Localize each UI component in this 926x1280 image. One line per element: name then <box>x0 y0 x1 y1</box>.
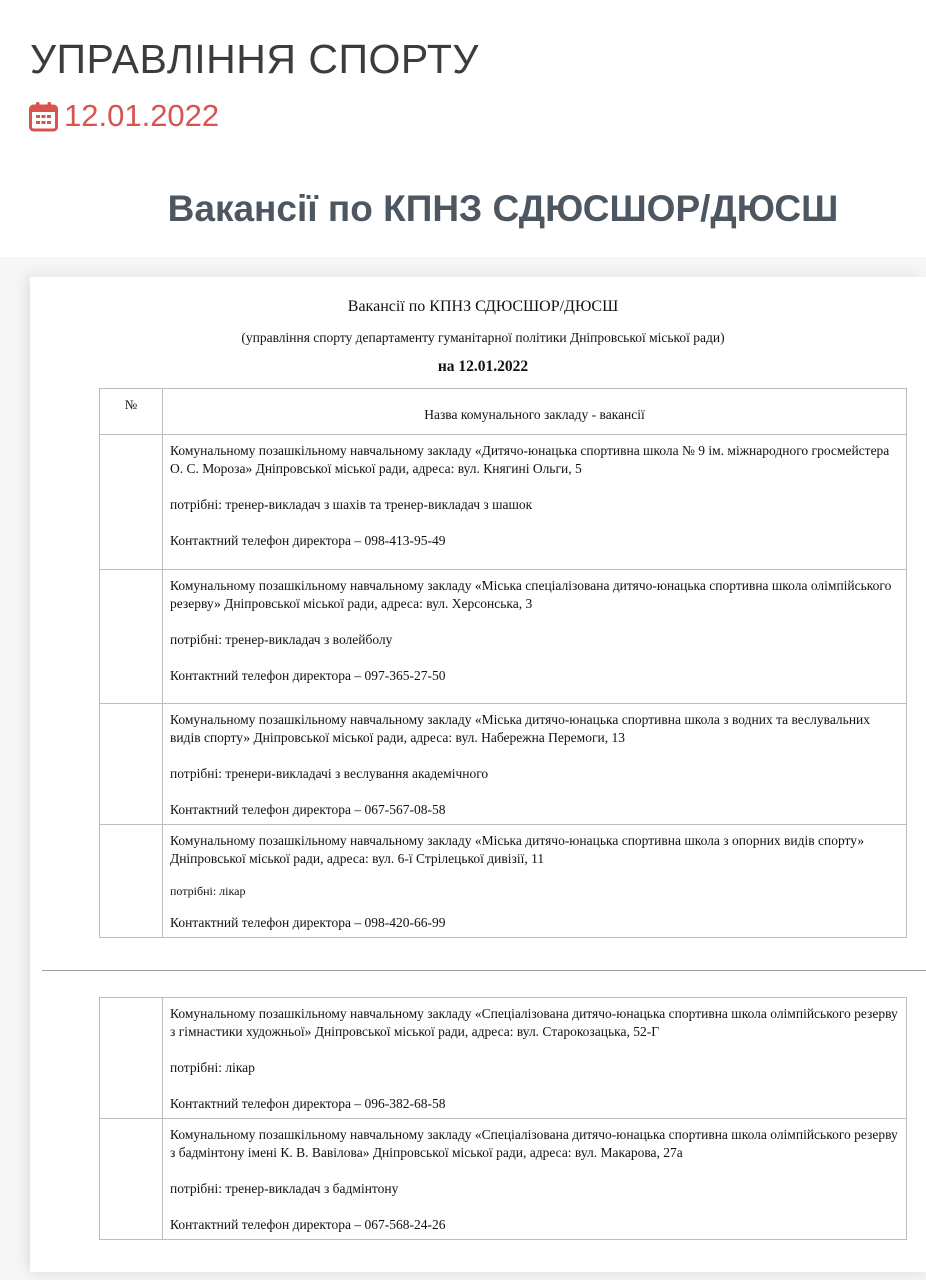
document-title: Вакансії по КПНЗ СДЮСШОР/ДЮСШ <box>0 298 926 316</box>
row-number <box>100 435 163 570</box>
row-content: Комунальному позашкільному навчальному з… <box>163 825 907 938</box>
table-row: Комунальному позашкільному навчальному з… <box>100 435 907 570</box>
row-content: Комунальному позашкільному навчальному з… <box>163 704 907 825</box>
director-phone: Контактний телефон директора – 067-567-0… <box>170 801 899 819</box>
institution-name: Комунальному позашкільному навчальному з… <box>170 1126 899 1162</box>
row-content: Комунальному позашкільному навчальному з… <box>163 1119 907 1240</box>
institution-name: Комунальному позашкільному навчальному з… <box>170 577 899 613</box>
row-number <box>100 998 163 1119</box>
vacancy-needed: потрібні: лікар <box>170 882 899 900</box>
publish-date: 12.01.2022 <box>29 98 219 134</box>
row-number <box>100 704 163 825</box>
vacancy-needed: потрібні: тренер-викладач з волейболу <box>170 631 899 649</box>
document-subtitle: (управління спорту департаменту гуманіта… <box>0 330 926 346</box>
institution-name: Комунальному позашкільному навчальному з… <box>170 1005 899 1041</box>
table-row: Комунальному позашкільному навчальному з… <box>100 825 907 938</box>
row-content: Комунальному позашкільному навчальному з… <box>163 998 907 1119</box>
table-header-row: № Назва комунального закладу - вакансії <box>100 389 907 435</box>
column-header-number: № <box>100 389 163 435</box>
column-header-name: Назва комунального закладу - вакансії <box>163 389 907 435</box>
table-row: Комунальному позашкільному навчальному з… <box>100 570 907 704</box>
row-number <box>100 570 163 704</box>
institution-name: Комунальному позашкільному навчальному з… <box>170 442 899 460</box>
director-phone: Контактний телефон директора – 067-568-2… <box>170 1216 899 1234</box>
table-row: Комунальному позашкільному навчальному з… <box>100 998 907 1119</box>
vacancies-table-continued: Комунальному позашкільному навчальному з… <box>99 997 907 1240</box>
table-row: Комунальному позашкільному навчальному з… <box>100 1119 907 1240</box>
institution-name: Комунальному позашкільному навчальному з… <box>170 832 899 868</box>
director-phone: Контактний телефон директора – 097-365-2… <box>170 667 899 685</box>
calendar-icon <box>29 101 58 132</box>
row-number <box>100 825 163 938</box>
vacancy-needed: потрібні: тренер-викладач з шахів та тре… <box>170 496 899 514</box>
vacancy-needed: потрібні: тренери-викладачі з веслування… <box>170 765 899 783</box>
row-content: Комунальному позашкільному навчальному з… <box>163 435 907 570</box>
article-heading: Вакансії по КПНЗ СДЮСШОР/ДЮСШ <box>0 188 926 230</box>
row-number <box>100 1119 163 1240</box>
institution-name: Комунальному позашкільному навчальному з… <box>170 711 899 747</box>
document-date: на 12.01.2022 <box>0 358 926 376</box>
vacancy-needed: потрібні: тренер-викладач з бадмінтону <box>170 1180 899 1198</box>
date-text: 12.01.2022 <box>64 98 219 134</box>
director-phone: Контактний телефон директора – 096-382-6… <box>170 1095 899 1113</box>
vacancies-table: № Назва комунального закладу - вакансії … <box>99 388 907 938</box>
vacancy-needed: потрібні: лікар <box>170 1059 899 1077</box>
row-content: Комунальному позашкільному навчальному з… <box>163 570 907 704</box>
director-phone: Контактний телефон директора – 098-413-9… <box>170 532 899 550</box>
page-divider <box>42 970 926 971</box>
director-phone: Контактний телефон директора – 098-420-6… <box>170 914 899 932</box>
institution-name: О. С. Мороза» Дніпровської міської ради,… <box>170 460 899 478</box>
section-title: УПРАВЛІННЯ СПОРТУ <box>30 36 479 83</box>
table-row: Комунальному позашкільному навчальному з… <box>100 704 907 825</box>
